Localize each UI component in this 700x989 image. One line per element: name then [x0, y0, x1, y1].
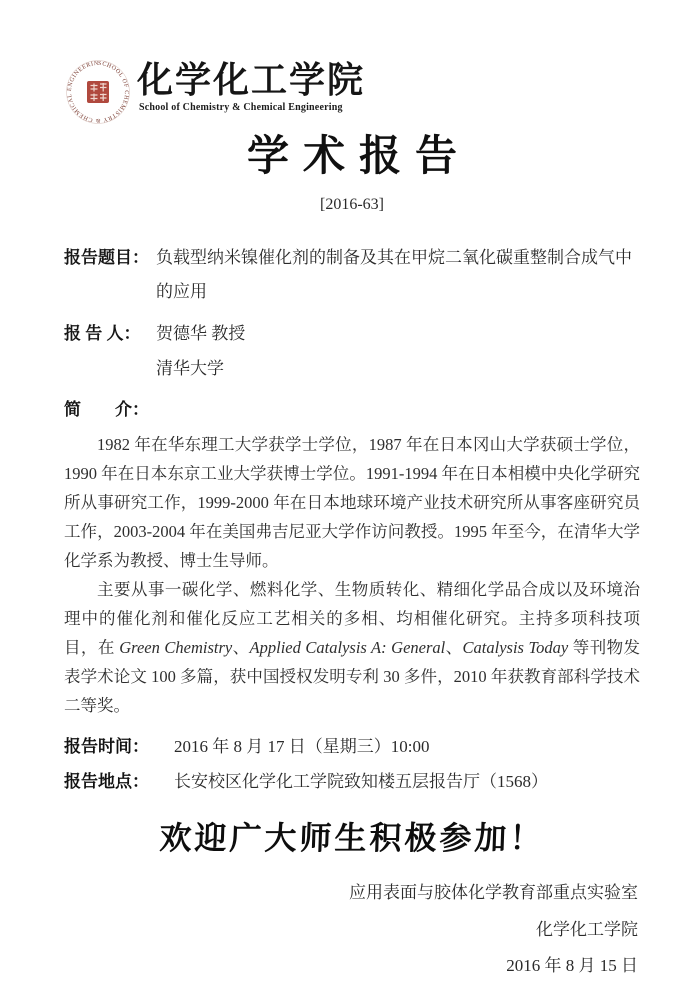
university-seal-icon: SCHOOL OF CHEMISTRY & CHEMICAL ENGINEERI… — [64, 58, 132, 126]
signature-block: 应用表面与胶体化学教育部重点实验室 化学化工学院 2016 年 8 月 15 日 — [64, 875, 640, 985]
college-brand: 化学化工学院 School of Chemistry & Chemical En… — [137, 58, 365, 113]
announcement-document: SCHOOL OF CHEMISTRY & CHEMICAL ENGINEERI… — [0, 0, 700, 989]
schedule-block: 报告时间： 2016 年 8 月 17 日（星期三）10:00 报告地点： 长安… — [64, 729, 640, 799]
field-time: 报告时间： 2016 年 8 月 17 日（星期三）10:00 — [64, 729, 640, 764]
speaker-label: 报 告 人： — [64, 316, 156, 386]
venue-value: 长安校区化学化工学院致知楼五层报告厅（1568） — [174, 764, 640, 799]
topic-value: 负载型纳米镍催化剂的制备及其在甲烷二氧化碳重整制合成气中的应用 — [156, 241, 640, 309]
field-topic: 报告题目： 负载型纳米镍催化剂的制备及其在甲烷二氧化碳重整制合成气中的应用 — [64, 241, 640, 309]
speaker-value: 贺德华 教授 清华大学 — [156, 316, 640, 386]
report-serial-number: [2016-63] — [64, 195, 640, 215]
field-speaker: 报 告 人： 贺德华 教授 清华大学 — [64, 316, 640, 386]
bio-paragraph-2: 主要从事一碳化学、燃料化学、生物质转化、精细化学品合成以及环境治理中的催化剂和催… — [64, 575, 640, 720]
venue-label: 报告地点： — [64, 764, 174, 799]
signature-lab: 应用表面与胶体化学教育部重点实验室 — [64, 875, 638, 912]
speaker-biography: 1982 年在华东理工大学获学士学位，1987 年在日本冈山大学获硕士学位，19… — [64, 430, 640, 720]
page-title: 学术报告 — [64, 132, 640, 182]
field-intro: 简 介： — [64, 399, 640, 421]
document-header: SCHOOL OF CHEMISTRY & CHEMICAL ENGINEERI… — [64, 58, 640, 128]
topic-label: 报告题目： — [64, 241, 156, 309]
time-label: 报告时间： — [64, 729, 174, 764]
signature-date: 2016 年 8 月 15 日 — [64, 948, 638, 985]
speaker-affiliation: 清华大学 — [156, 351, 640, 386]
college-name-cn: 化学化工学院 — [137, 62, 365, 100]
time-value: 2016 年 8 月 17 日（星期三）10:00 — [174, 729, 640, 764]
field-venue: 报告地点： 长安校区化学化工学院致知楼五层报告厅（1568） — [64, 764, 640, 799]
signature-college: 化学化工学院 — [64, 912, 638, 949]
welcome-message: 欢迎广大师生积极参加！ — [63, 816, 641, 860]
college-name-en: School of Chemistry & Chemical Engineeri… — [139, 102, 365, 113]
bio-paragraph-1: 1982 年在华东理工大学获学士学位，1987 年在日本冈山大学获硕士学位，19… — [64, 430, 640, 575]
speaker-name: 贺德华 教授 — [156, 316, 640, 351]
intro-label: 简 介： — [64, 399, 156, 421]
